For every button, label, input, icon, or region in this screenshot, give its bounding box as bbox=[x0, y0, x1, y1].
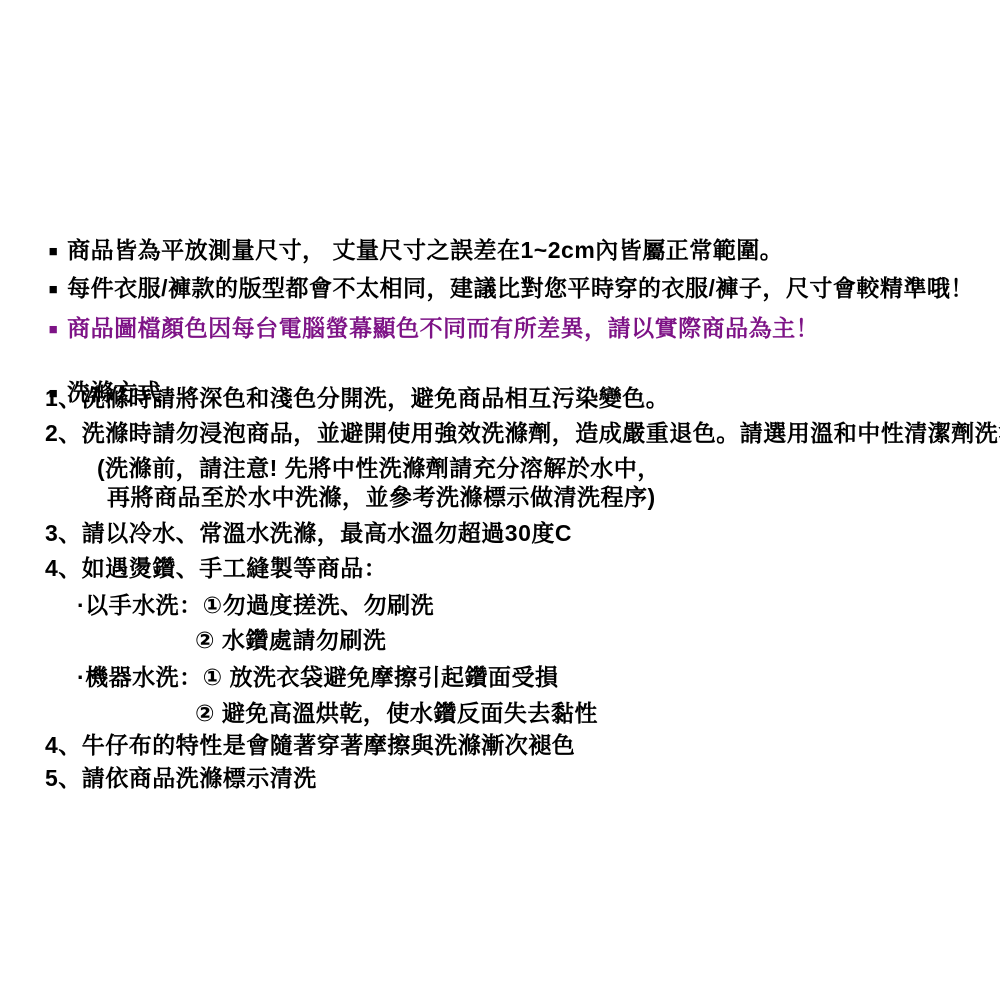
hand-wash-instruction-2: ② 水鑽處請勿刷洗 bbox=[195, 625, 386, 655]
washing-step-2-note-line-2: 再將商品至於水中洗滌，並參考洗滌標示做清洗程序) bbox=[107, 482, 656, 512]
hand-wash-instruction-1: ·以手水洗：①勿過度搓洗、勿刷洗 bbox=[77, 590, 434, 620]
size-note-color-disclaimer-text: 商品圖檔顏色因每台電腦螢幕顯色不同而有所差異，請以實際商品為主！ bbox=[67, 315, 819, 341]
product-care-notice: ■商品皆為平放測量尺寸， 丈量尺寸之誤差在1~2cm內皆屬正常範圍。 ■每件衣服… bbox=[0, 0, 1000, 1000]
washing-step-3: 3、請以冷水、常溫水洗滌，最高水溫勿超過30度C bbox=[45, 518, 572, 548]
washing-step-1: 1、洗滌時請將深色和淺色分開洗，避免商品相互污染變色。 bbox=[45, 383, 669, 413]
machine-wash-instruction-2: ② 避免高溫烘乾，使水鑽反面失去黏性 bbox=[195, 698, 598, 728]
machine-wash-instruction-1: ·機器水洗：① 放洗衣袋避免摩擦引起鑽面受損 bbox=[77, 662, 559, 692]
washing-step-2: 2、洗滌時請勿浸泡商品，並避開使用強效洗滌劑，造成嚴重退色。請選用溫和中性清潔劑… bbox=[45, 418, 1000, 448]
washing-step-4: 4、如遇燙鑽、手工縫製等商品： bbox=[45, 553, 387, 583]
square-bullet-icon: ■ bbox=[49, 315, 59, 345]
washing-step-5: 5、請依商品洗滌標示清洗 bbox=[45, 763, 317, 793]
washing-step-2-note-line-1: (洗滌前，請注意! 先將中性洗滌劑請充分溶解於水中， bbox=[97, 453, 661, 483]
washing-step-4-denim: 4、牛仔布的特性是會隨著穿著摩擦與洗滌漸次褪色 bbox=[45, 730, 575, 760]
